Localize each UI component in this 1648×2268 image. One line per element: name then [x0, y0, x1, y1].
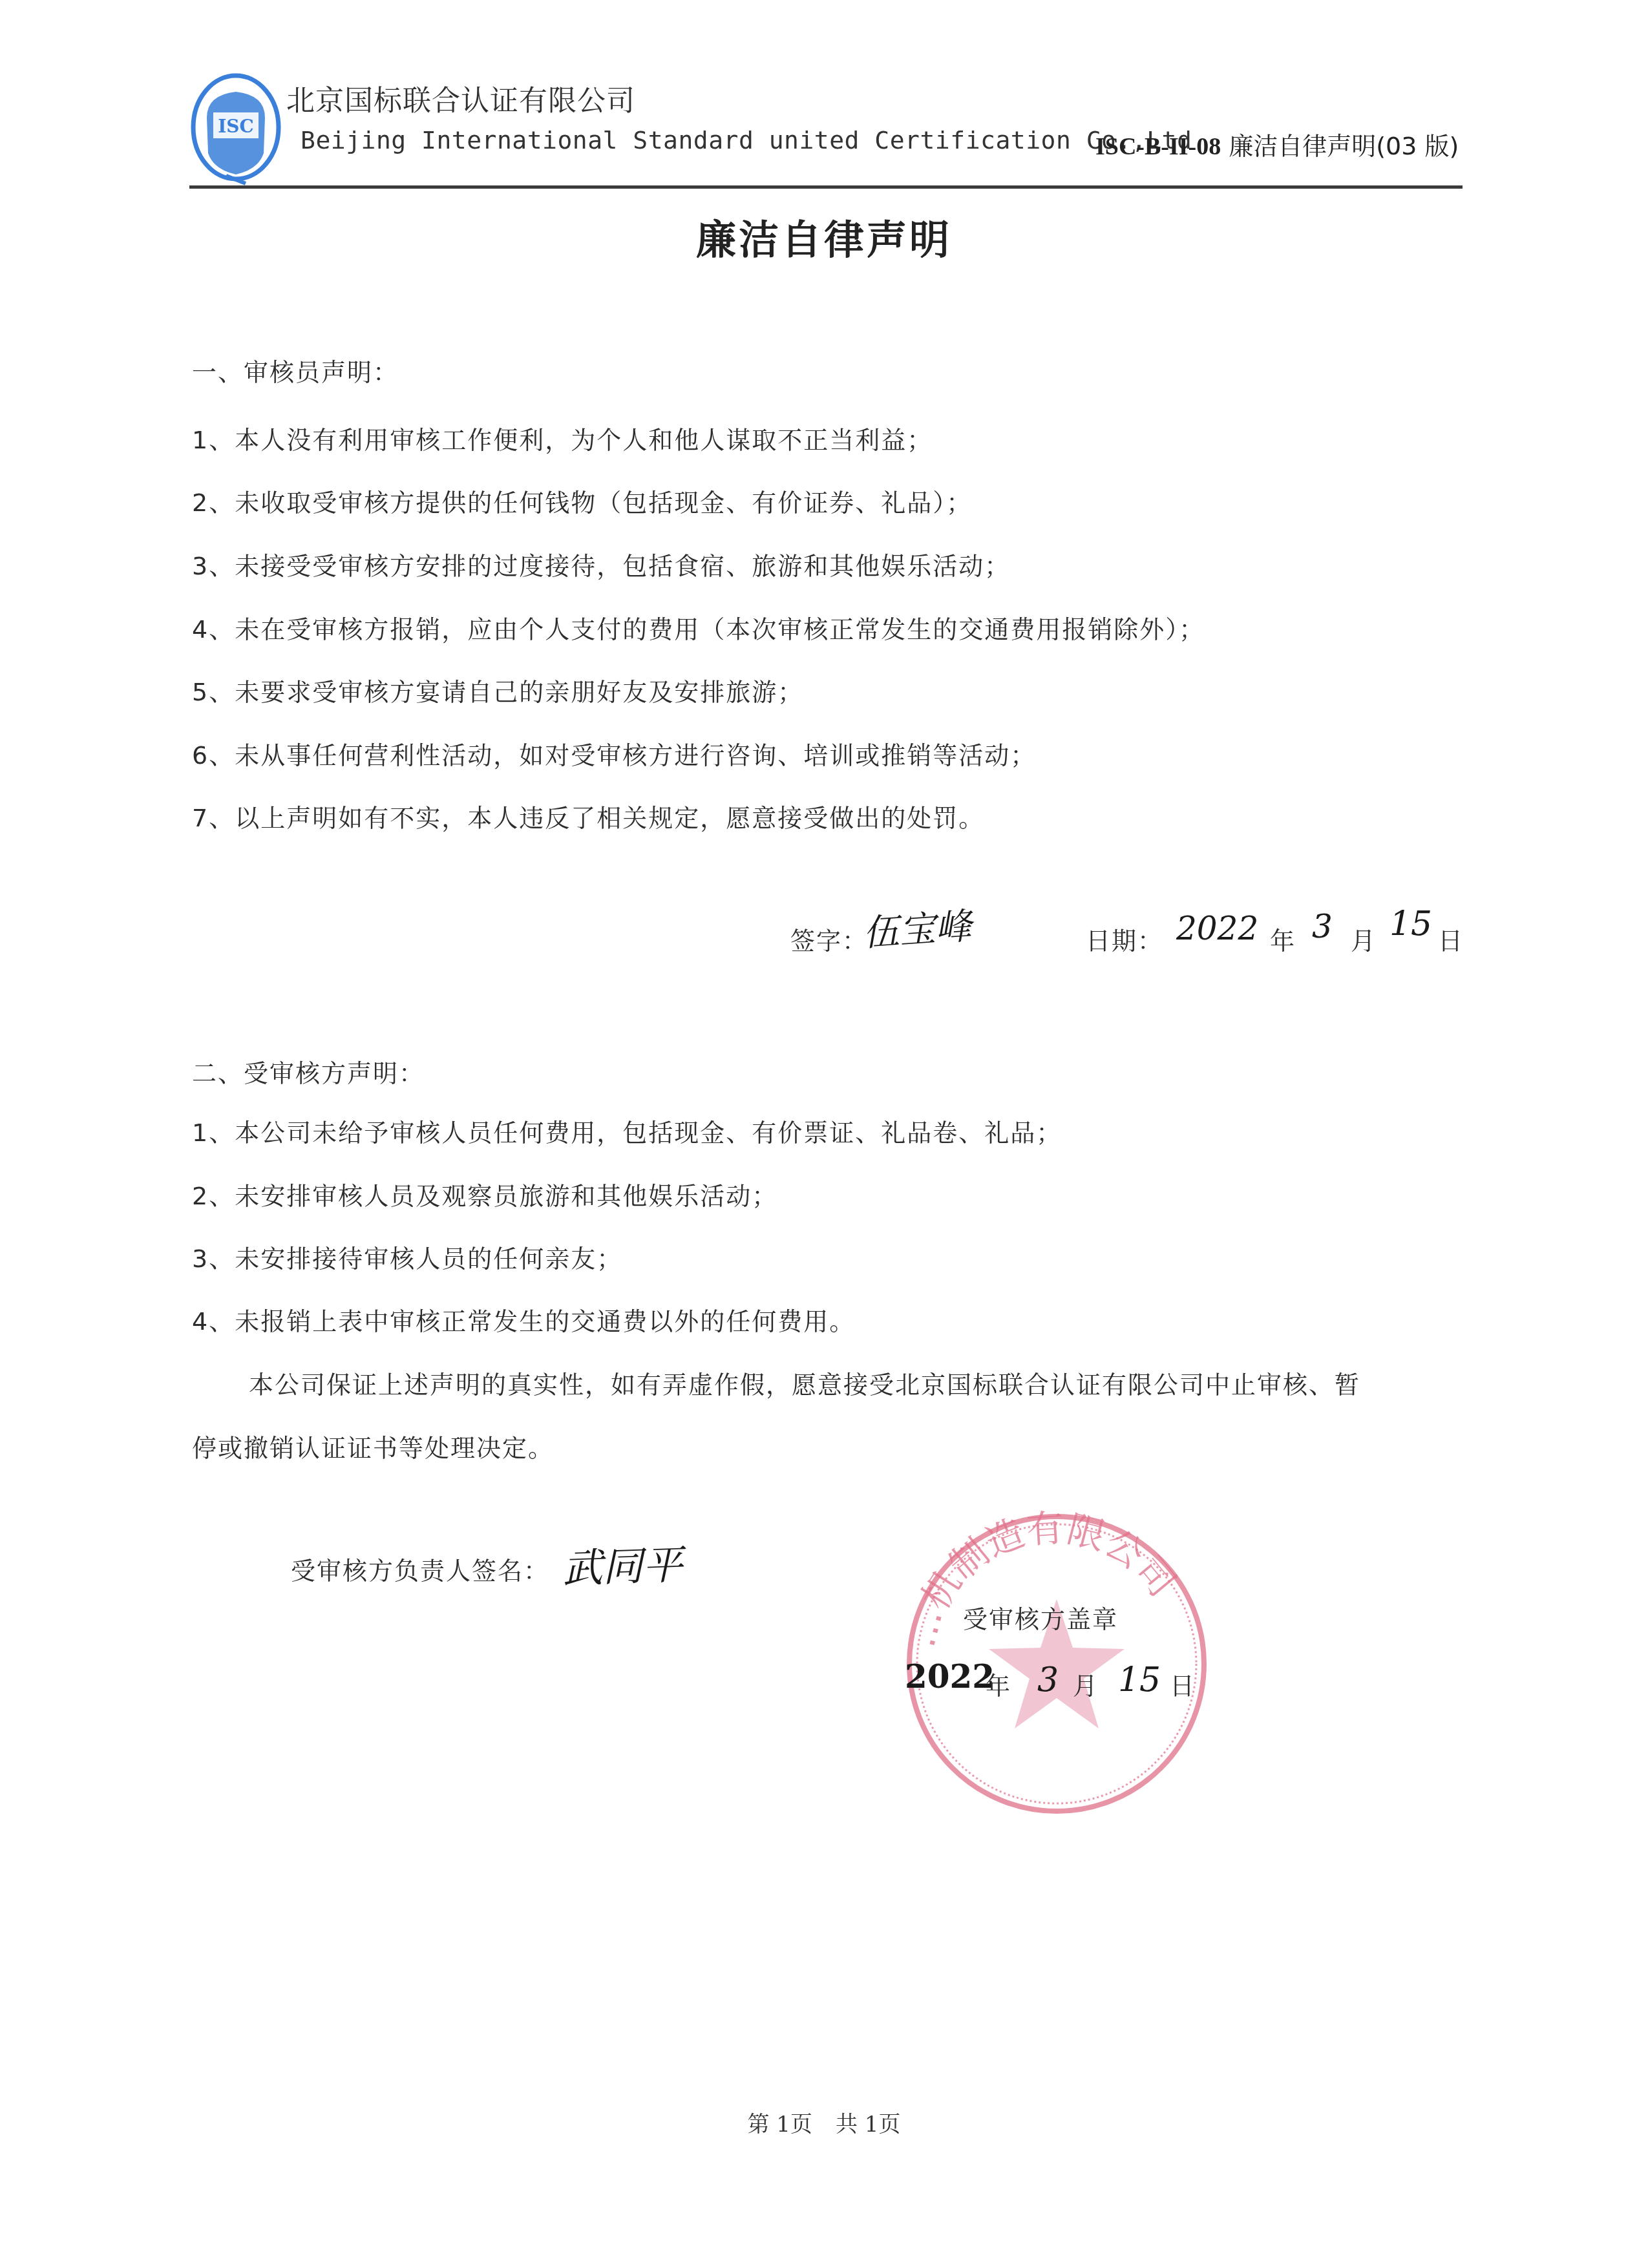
day-unit: 日	[1438, 921, 1464, 956]
stamp-date-day-handwritten: 15	[1118, 1661, 1161, 1699]
page-current: 第 1页	[748, 2112, 812, 2137]
page-footer: 第 1页共 1页	[0, 2106, 1648, 2138]
section1-item: 1、本人没有利用审核工作便利，为个人和他人谋取不正当利益；	[192, 420, 933, 456]
page-total: 共 1页	[836, 2112, 900, 2137]
stamp-year-unit: 年	[986, 1666, 1011, 1701]
header-divider	[189, 185, 1463, 189]
date-label: 日期：	[1086, 921, 1163, 956]
date-month-handwritten: 3	[1312, 908, 1333, 945]
responsible-signature: 武同平	[562, 1533, 684, 1594]
section1-item: 7、以上声明如有不实，本人违反了相关规定，愿意接受做出的处罚。	[192, 798, 984, 834]
year-unit: 年	[1270, 921, 1296, 956]
section2-heading: 二、受审核方声明：	[192, 1053, 425, 1089]
guarantee-text: 本公司保证上述声明的真实性，如有弄虚作假，愿意接受北京国标联合认证有限公司中止审…	[249, 1365, 1360, 1400]
guarantee-text-cont: 停或撤销认证证书等处理决定。	[192, 1428, 554, 1464]
svg-text:ISC: ISC	[218, 116, 254, 137]
company-name-cn: 北京国标联合认证有限公司	[286, 78, 635, 119]
stamp-day-unit: 日	[1170, 1666, 1196, 1701]
section2-item: 4、未报销上表中审核正常发生的交通费以外的任何费用。	[192, 1301, 855, 1337]
page-title: 廉洁自律声明	[0, 208, 1648, 266]
section1-item: 3、未接受受审核方安排的过度接待，包括食宿、旅游和其他娱乐活动；	[192, 546, 1010, 582]
section1-item: 4、未在受审核方报销，应由个人支付的费用（本次审核正常发生的交通费用报销除外）；	[192, 609, 1205, 645]
stamp-caption: 受审核方盖章	[963, 1599, 1118, 1635]
company-name-en: Beijing International Standard united Ce…	[301, 126, 1207, 154]
section2-item: 2、未安排审核人员及观察员旅游和其他娱乐活动；	[192, 1176, 777, 1212]
doc-name: 廉洁自律声明(03 版)	[1229, 132, 1459, 160]
section1-heading: 一、审核员声明：	[192, 352, 399, 388]
isc-logo: ISC	[187, 72, 284, 187]
stamp-month-unit: 月	[1073, 1666, 1099, 1701]
section2-item: 1、本公司未给予审核人员任何费用，包括现金、有价票证、礼品卷、礼品；	[192, 1113, 1062, 1148]
stamp-date-month-handwritten: 3	[1037, 1661, 1059, 1699]
date-day-handwritten: 15	[1389, 905, 1432, 943]
responsible-signature-label: 受审核方负责人签名：	[291, 1551, 549, 1586]
stamp-date-year-handwritten: 2022	[905, 1657, 995, 1696]
section2-item: 3、未安排接待审核人员的任何亲友；	[192, 1239, 622, 1274]
auditor-signature: 伍宝峰	[861, 898, 973, 957]
document-code: ISC-B-II-08廉洁自律声明(03 版)	[1095, 126, 1459, 162]
section1-item: 2、未收取受审核方提供的任何钱物（包括现金、有价证券、礼品）；	[192, 483, 972, 518]
section1-item: 6、未从事任何营利性活动，如对受审核方进行咨询、培训或推销等活动；	[192, 735, 1036, 771]
date-year-handwritten: 2022	[1176, 910, 1258, 947]
isc-logo-icon: ISC	[187, 72, 284, 187]
section1-item: 5、未要求受审核方宴请自己的亲朋好友及安排旅游；	[192, 672, 803, 708]
month-unit: 月	[1351, 921, 1377, 956]
doc-code: ISC-B-II-08	[1095, 133, 1221, 160]
auditor-signature-label: 签字：	[790, 921, 868, 956]
